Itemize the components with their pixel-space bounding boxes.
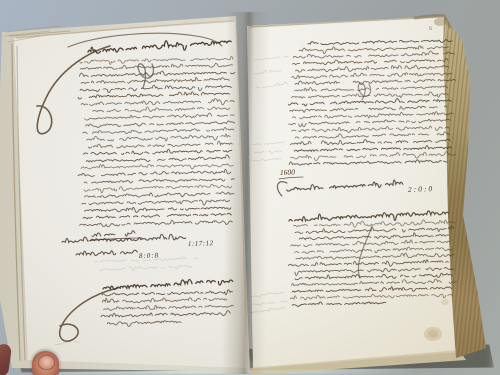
handwriting-overlay: 1:17:12 8:0:8 1600 2:0:0 6 (0, 0, 500, 375)
photo-scene: 1:17:12 8:0:8 1600 2:0:0 6 (0, 0, 500, 375)
left-page-text: 1:17:12 8:0:8 (139, 239, 214, 260)
thumb (32, 351, 59, 375)
subtotal-amount-2: 8:0:8 (139, 251, 159, 260)
year-note: 1600 (280, 167, 296, 177)
thumb-nail (38, 355, 55, 370)
folio-number: 6 (429, 25, 433, 32)
total-amount: 2:0:0 (408, 184, 435, 194)
subtotal-amount-1: 1:17:12 (188, 239, 214, 248)
